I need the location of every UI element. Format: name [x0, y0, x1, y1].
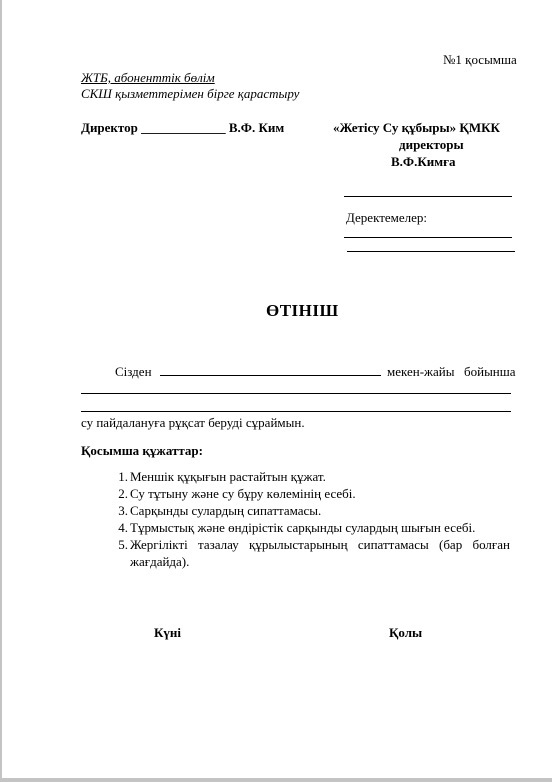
word: Жергілікті — [130, 536, 188, 553]
addressee-line-2: директоры — [399, 137, 464, 152]
requisites-label: Деректемелер: — [346, 210, 427, 225]
approval-signature-blank: _____________ — [141, 120, 226, 135]
address-blank-line-1[interactable] — [81, 393, 511, 394]
approval-line: Директор _____________ В.Ф. Ким — [81, 120, 284, 135]
signature-label: Қолы — [389, 625, 422, 640]
address-label-1: мекен-жайы — [387, 364, 455, 379]
address-label-2: бойынша — [464, 364, 516, 379]
closing-sentence: су пайдалануға рұқсат беруді сұраймын. — [81, 415, 305, 430]
attachment-item-5-line-1: Жергіліктітазалауқұрылыстарыныңсипаттама… — [130, 536, 510, 553]
word: сипаттамасы — [358, 536, 429, 553]
attachment-item: 5. Жергіліктітазалауқұрылыстарыныңсипатт… — [112, 536, 512, 570]
department-line-1: ЖТБ, абоненттік бөлім — [81, 70, 215, 85]
word: (бар — [439, 536, 462, 553]
approval-role: Директор — [81, 120, 138, 135]
addressee-line-1: «Жетісу Су құбыры» ҚМКК — [333, 120, 500, 135]
attachment-item-5-line-2: жағдайда). — [130, 553, 189, 570]
document-page: №1 қосымша ЖТБ, абоненттік бөлім СКШ қыз… — [0, 0, 552, 782]
word: болған — [472, 536, 510, 553]
requisites-line-2[interactable] — [347, 251, 515, 252]
appendix-label: №1 қосымша — [443, 52, 517, 67]
applicant-blank-line[interactable] — [160, 375, 381, 376]
approval-name: В.Ф. Ким — [229, 120, 284, 135]
from-label: Сізден — [115, 364, 152, 379]
attachments-heading: Қосымша құжаттар: — [81, 443, 203, 458]
department-line-2: СКШ қызметтерімен бірге қарастыру — [81, 86, 299, 101]
date-label: Күні — [154, 625, 181, 640]
document-title: ӨТІНІШ — [266, 301, 339, 321]
word: тазалау — [198, 536, 239, 553]
applicant-name-line[interactable] — [344, 196, 512, 197]
address-blank-line-2[interactable] — [81, 411, 511, 412]
addressee-line-3: В.Ф.Кимға — [391, 154, 456, 169]
requisites-line-1[interactable] — [344, 237, 512, 238]
word: құрылыстарының — [249, 536, 348, 553]
